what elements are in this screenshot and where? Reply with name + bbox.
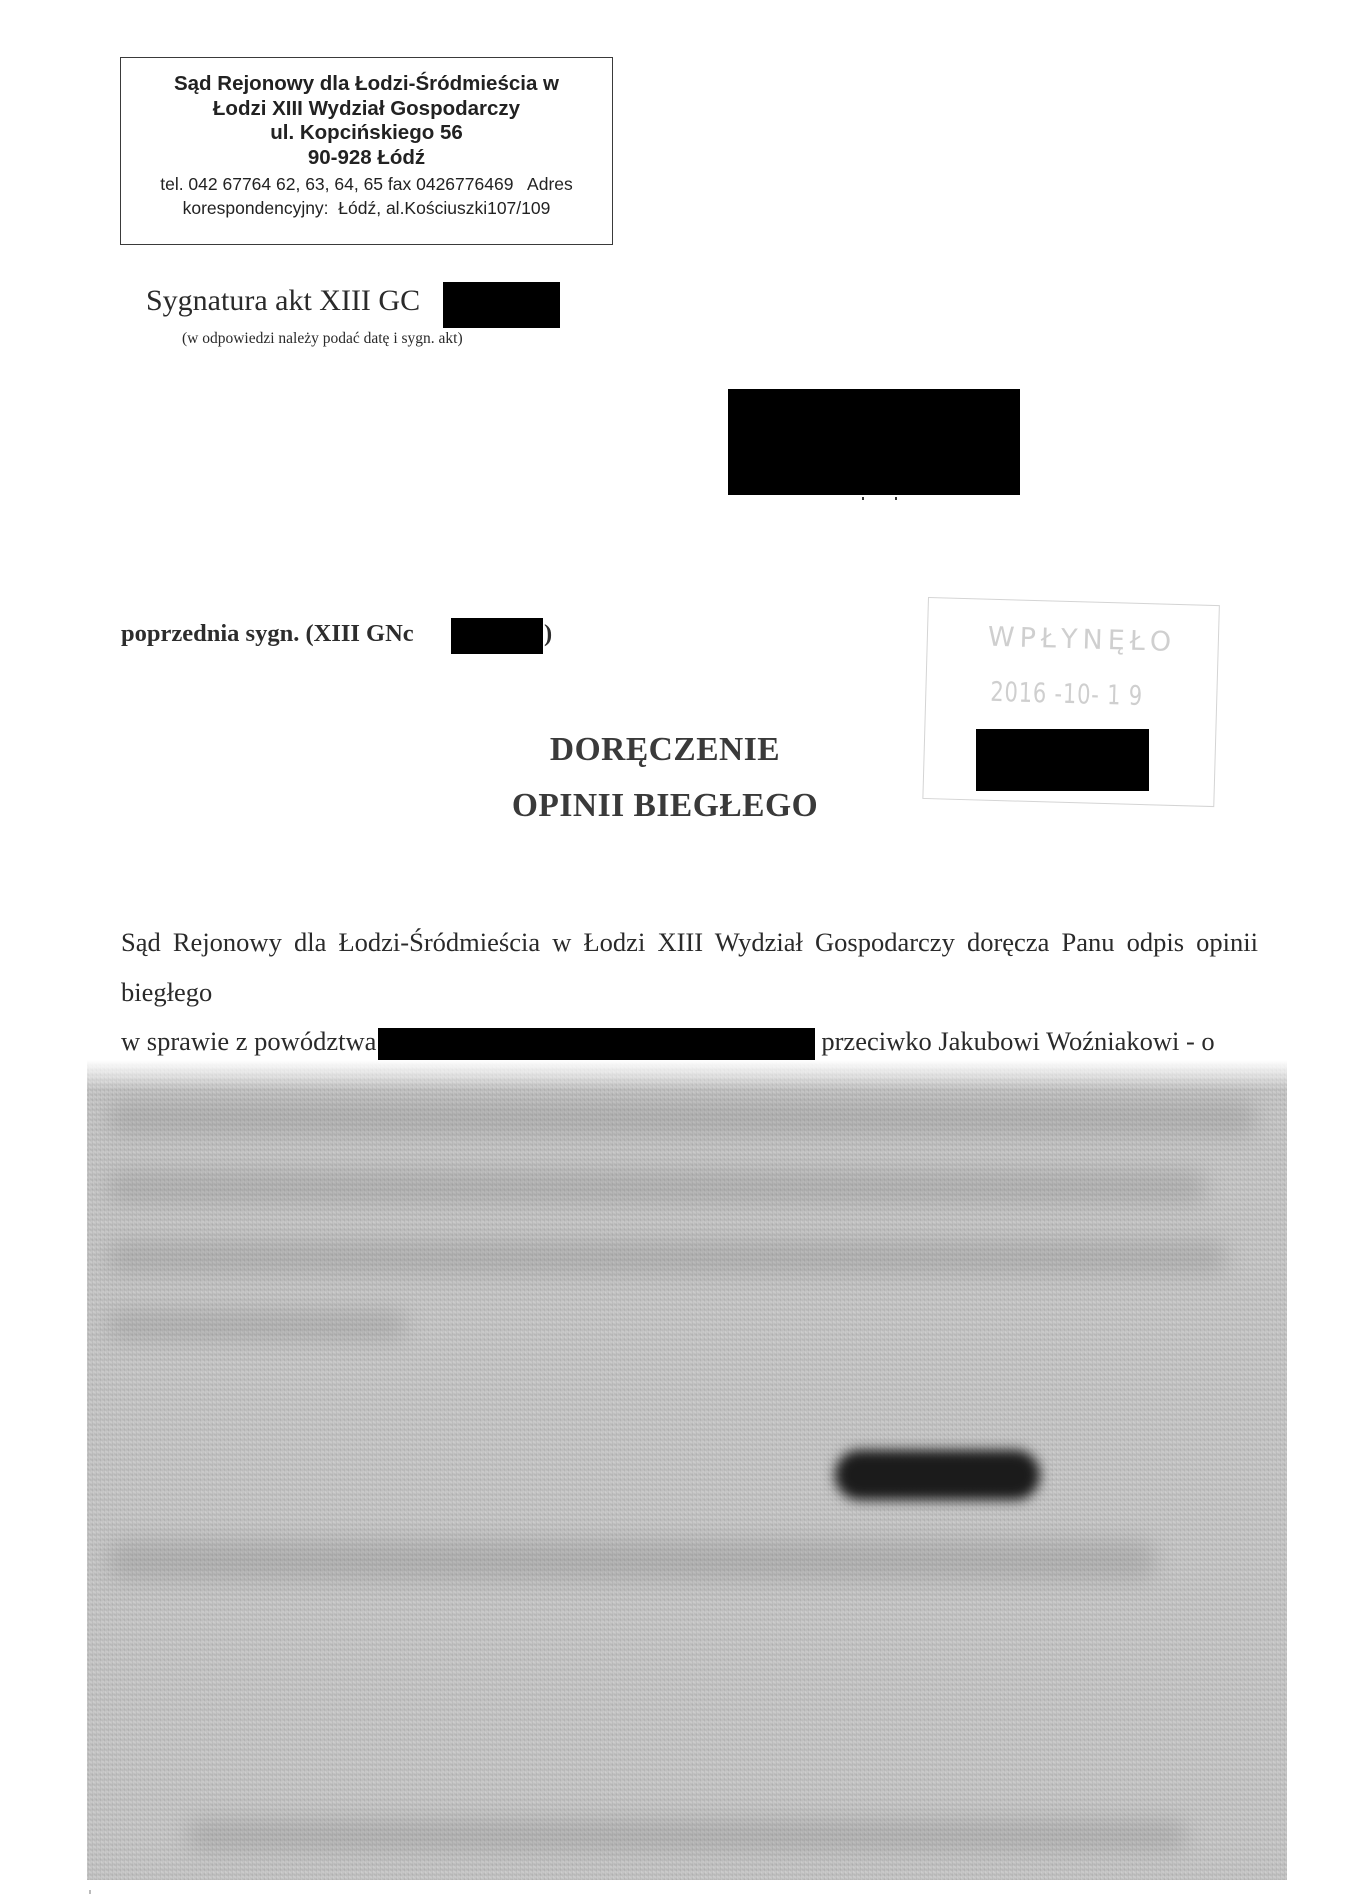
court-contact-line2: korespondencyjny: Łódź, al.Kościuszki107… — [121, 196, 612, 220]
scan-speck — [895, 497, 897, 500]
body-line-3: w sprawie z powództwaprzeciwko Jakubowi … — [121, 1026, 1258, 1062]
scan-speck — [862, 497, 864, 500]
noise-band — [107, 1310, 407, 1340]
addressee-redaction — [728, 389, 1020, 495]
body-line-3-after: przeciwko Jakubowi Woźniakowi - o — [821, 1026, 1214, 1057]
body-line-3-before: w sprawie z powództwa — [121, 1026, 376, 1057]
title-line1: DORĘCZENIE — [0, 722, 1350, 778]
body-line-2: biegłego — [121, 977, 212, 1008]
noise-band — [107, 1170, 1207, 1204]
stamp-title: WPŁYNĘŁO — [987, 622, 1176, 658]
previous-signature-label: poprzednia sygn. (XIII GNc — [121, 620, 414, 648]
body-line-1: Sąd Rejonowy dla Łodzi-Śródmieścia w Łod… — [121, 927, 1258, 958]
previous-number-redaction — [451, 618, 543, 654]
court-street: ul. Kopcińskiego 56 — [121, 121, 612, 146]
stamp-date: 2016 -10- 1 9 — [990, 677, 1143, 712]
case-signature-label: Sygnatura akt XIII GC — [146, 284, 420, 318]
case-number-redaction — [443, 282, 560, 328]
court-name-line2: Łodzi XIII Wydział Gospodarczy — [121, 97, 612, 122]
scan-mark — [89, 1890, 91, 1894]
court-header-box: Sąd Rejonowy dla Łodzi-Śródmieścia w Łod… — [120, 57, 613, 245]
court-name-line1: Sąd Rejonowy dla Łodzi-Śródmieścia w — [121, 72, 612, 97]
noise-fade — [87, 1060, 1287, 1090]
case-signature-note: (w odpowiedzi należy podać datę i sygn. … — [182, 330, 463, 348]
noise-band — [107, 1100, 1257, 1136]
noise-band — [187, 1820, 1187, 1850]
title-line2: OPINII BIEGŁEGO — [0, 778, 1350, 834]
document-title: DORĘCZENIE OPINII BIEGŁEGO — [0, 722, 1350, 834]
court-contact-line1: tel. 042 67764 62, 63, 64, 65 fax 042677… — [121, 172, 612, 196]
previous-signature-closing: ) — [544, 620, 552, 648]
plaintiff-redaction — [378, 1028, 815, 1062]
noise-band — [107, 1240, 1227, 1274]
obscured-redaction-blob — [835, 1450, 1040, 1500]
court-postcode-city: 90-928 Łódź — [121, 146, 612, 171]
obscured-noise-region — [87, 1060, 1287, 1880]
noise-band — [107, 1540, 1157, 1580]
